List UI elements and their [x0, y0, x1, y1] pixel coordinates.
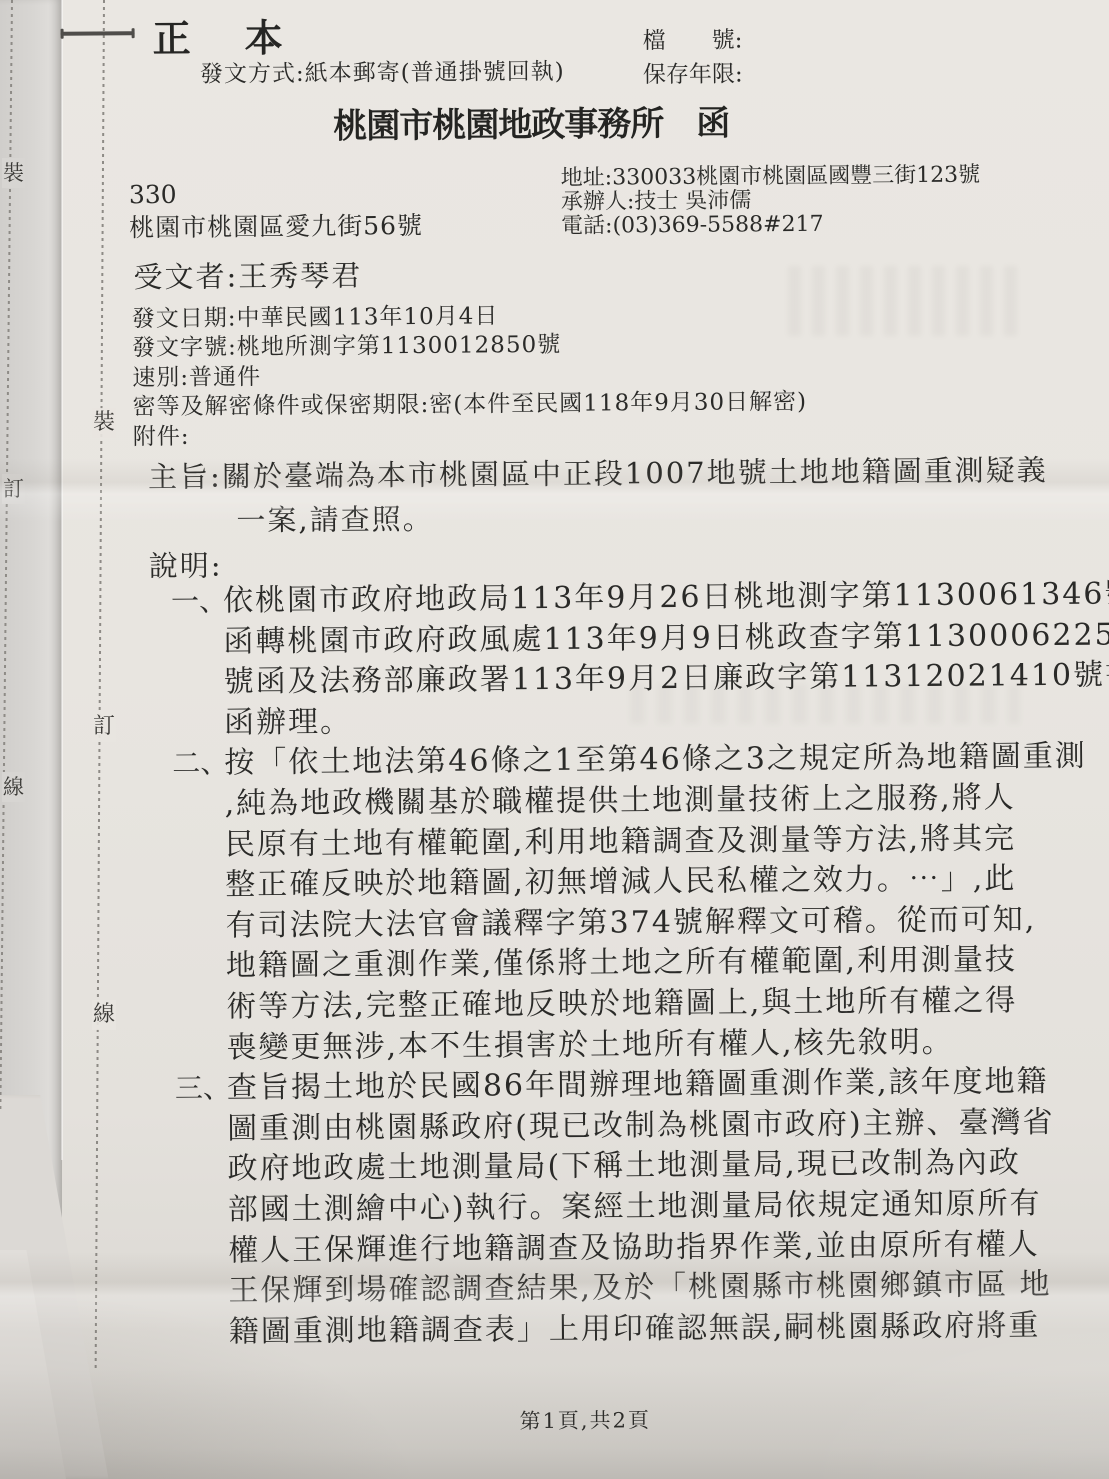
document-meta-block: 發文日期:中華民國113年10月4日 發文字號:桃地所測字第1130012850…: [132, 300, 808, 452]
subject-line-2: 一案,請查照。: [236, 492, 1048, 542]
page-indicator: 第1頁,共2頁: [519, 1404, 651, 1435]
attachment-label: 附件:: [133, 418, 808, 453]
retention-period-label: 保存年限:: [643, 55, 743, 89]
item3-line3: 政府地政處土地測量局(下稱土地測量局,現已改制為內政: [175, 1143, 1109, 1191]
item2-line7: 術等方法,完整正確地反映於地籍圖上,與土地所有權之得: [174, 980, 1109, 1028]
office-phone: 電話:(03)369-5588#217: [561, 212, 981, 239]
item3-line6: 王保輝到場確認調查結果,及於「桃園縣市桃園鄉鎮市區 地: [176, 1264, 1109, 1312]
subject-text: 關於臺端為本市桃園區中正段1007地號土地地籍圖重測疑義: [222, 453, 1048, 493]
item1-line1: 一、依桃園市政府地政局113年9月26日桃地測字第1130061346號: [171, 574, 1109, 622]
recipient-postal-code: 330: [129, 180, 177, 209]
explanation-body: 一、依桃園市政府地政局113年9月26日桃地測字第1130061346號 函轉桃…: [171, 574, 1109, 1353]
security-class: 密等及解密條件或保密期限:密(本件至民國118年9月30日解密): [132, 388, 807, 423]
item2-line4: 整正確反映於地籍圖,初無增減人民私權之效力。⋯」,此: [173, 858, 1109, 906]
office-info-block: 地址:330033桃園市桃園區國豐三街123號 承辦人:技士 吳沛儒 電話:(0…: [561, 164, 981, 239]
dash-bar: [61, 31, 135, 36]
item3-line4: 部國土測繪中心)執行。案經土地測量局依規定通知原所有: [176, 1183, 1109, 1231]
office-address: 地址:330033桃園市桃園區國豐三街123號: [561, 164, 981, 191]
explanation-label: 說明:: [149, 544, 223, 586]
document-content: 正 本 發文方式:紙本郵寄(普通掛號回執) 檔 號: 保存年限: 桃園市桃園地政…: [0, 0, 1109, 1479]
item2-line2: ,純為地政機關基於職權提供土地測量技術上之服務,將人: [173, 777, 1109, 825]
recipient-address: 桃園市桃園區愛九街56號: [129, 206, 423, 244]
recipient-line: 受文者:王秀琴君: [133, 253, 362, 296]
dash-tick-left: [61, 29, 64, 39]
item1-number: 一、: [171, 582, 223, 623]
file-number-label: 檔 號:: [643, 21, 743, 55]
document-photo: 裝 訂 線 裝 訂 線 正 本 發文方式:紙本郵寄(普通掛號回執) 檔 號: 保…: [0, 0, 1109, 1479]
subject-block: 主旨:關於臺端為本市桃園區中正段1007地號土地地籍圖重測疑義 一案,請查照。: [148, 448, 1048, 543]
office-contact-person: 承辦人:技士 吳沛儒: [561, 188, 981, 215]
item3-line7: 籍圖重測地籍調查表」上用印確認無誤,嗣桃園縣政府將重: [177, 1305, 1109, 1353]
item1-line3: 號函及法務部廉政署113年9月2日廉政字第11312021410號書: [172, 656, 1109, 704]
subject-label: 主旨:: [148, 460, 222, 495]
document-title: 桃園市桃園地政事務所 函: [333, 96, 729, 148]
item3-line1: 三、查旨揭土地於民國86年間辦理地籍圖重測作業,該年度地籍: [175, 1061, 1109, 1109]
item2-line6: 地籍圖之重測作業,僅係將土地之所有權範圍,利用測量技: [174, 940, 1109, 988]
dash-tick-right: [132, 28, 135, 38]
delivery-method: 發文方式:紙本郵寄(普通掛號回執): [200, 53, 565, 89]
subject-line-1: 主旨:關於臺端為本市桃園區中正段1007地號土地地籍圖重測疑義: [148, 448, 1048, 499]
item2-number: 二、: [172, 744, 224, 785]
item3-number: 三、: [175, 1069, 227, 1110]
handwritten-dash-mark: [61, 27, 135, 40]
